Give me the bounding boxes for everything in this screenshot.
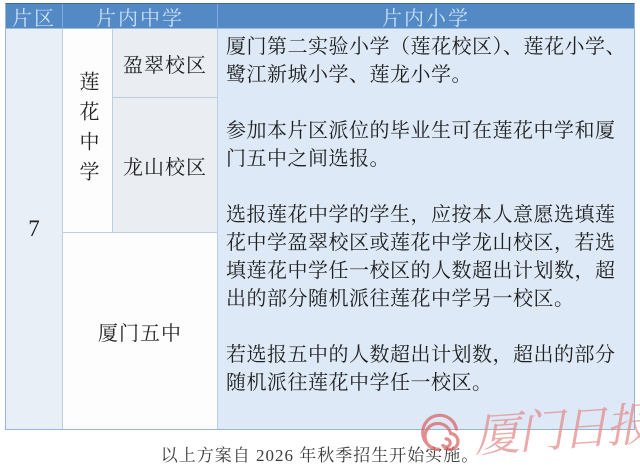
school-allocation-table: 片区 片内中学 片内小学 7 莲花中学 盈翠校区 龙山校区 厦门五中 厦门第二实… [5, 3, 635, 430]
header-primary-school: 片内小学 [218, 4, 634, 29]
primary-info-paragraph-3: 选报莲花中学的学生，应按本人意愿选填莲花中学盈翠校区或莲花中学龙山校区，若选填莲… [226, 201, 626, 313]
primary-info-paragraph-4: 若选报五中的人数超出计划数，超出的部分随机派往莲花中学任一校区。 [226, 341, 626, 397]
alternate-school-cell: 厦门五中 [63, 233, 218, 429]
campus-cell-yingcui: 盈翠校区 [113, 29, 218, 98]
district-number-cell: 7 [6, 29, 63, 429]
primary-info-paragraph-2: 参加本片区派位的毕业生可在莲花中学和厦门五中之间选报。 [226, 117, 626, 173]
implementation-note: 以上方案自 2026 年秋季招生开始实施。 [0, 441, 640, 466]
campus-cell-longshan: 龙山校区 [113, 98, 218, 233]
header-middle-school: 片内中学 [63, 4, 218, 29]
primary-school-info-cell: 厦门第二实验小学（莲花校区）、莲花小学、鹭江新城小学、莲龙小学。 参加本片区派位… [218, 29, 634, 429]
school-allocation-page: 片区 片内中学 片内小学 7 莲花中学 盈翠校区 龙山校区 厦门五中 厦门第二实… [0, 0, 640, 473]
header-district: 片区 [6, 4, 63, 29]
middle-school-name-cell: 莲花中学 [63, 29, 113, 233]
primary-info-paragraph-1: 厦门第二实验小学（莲花校区）、莲花小学、鹭江新城小学、莲龙小学。 [226, 33, 626, 89]
